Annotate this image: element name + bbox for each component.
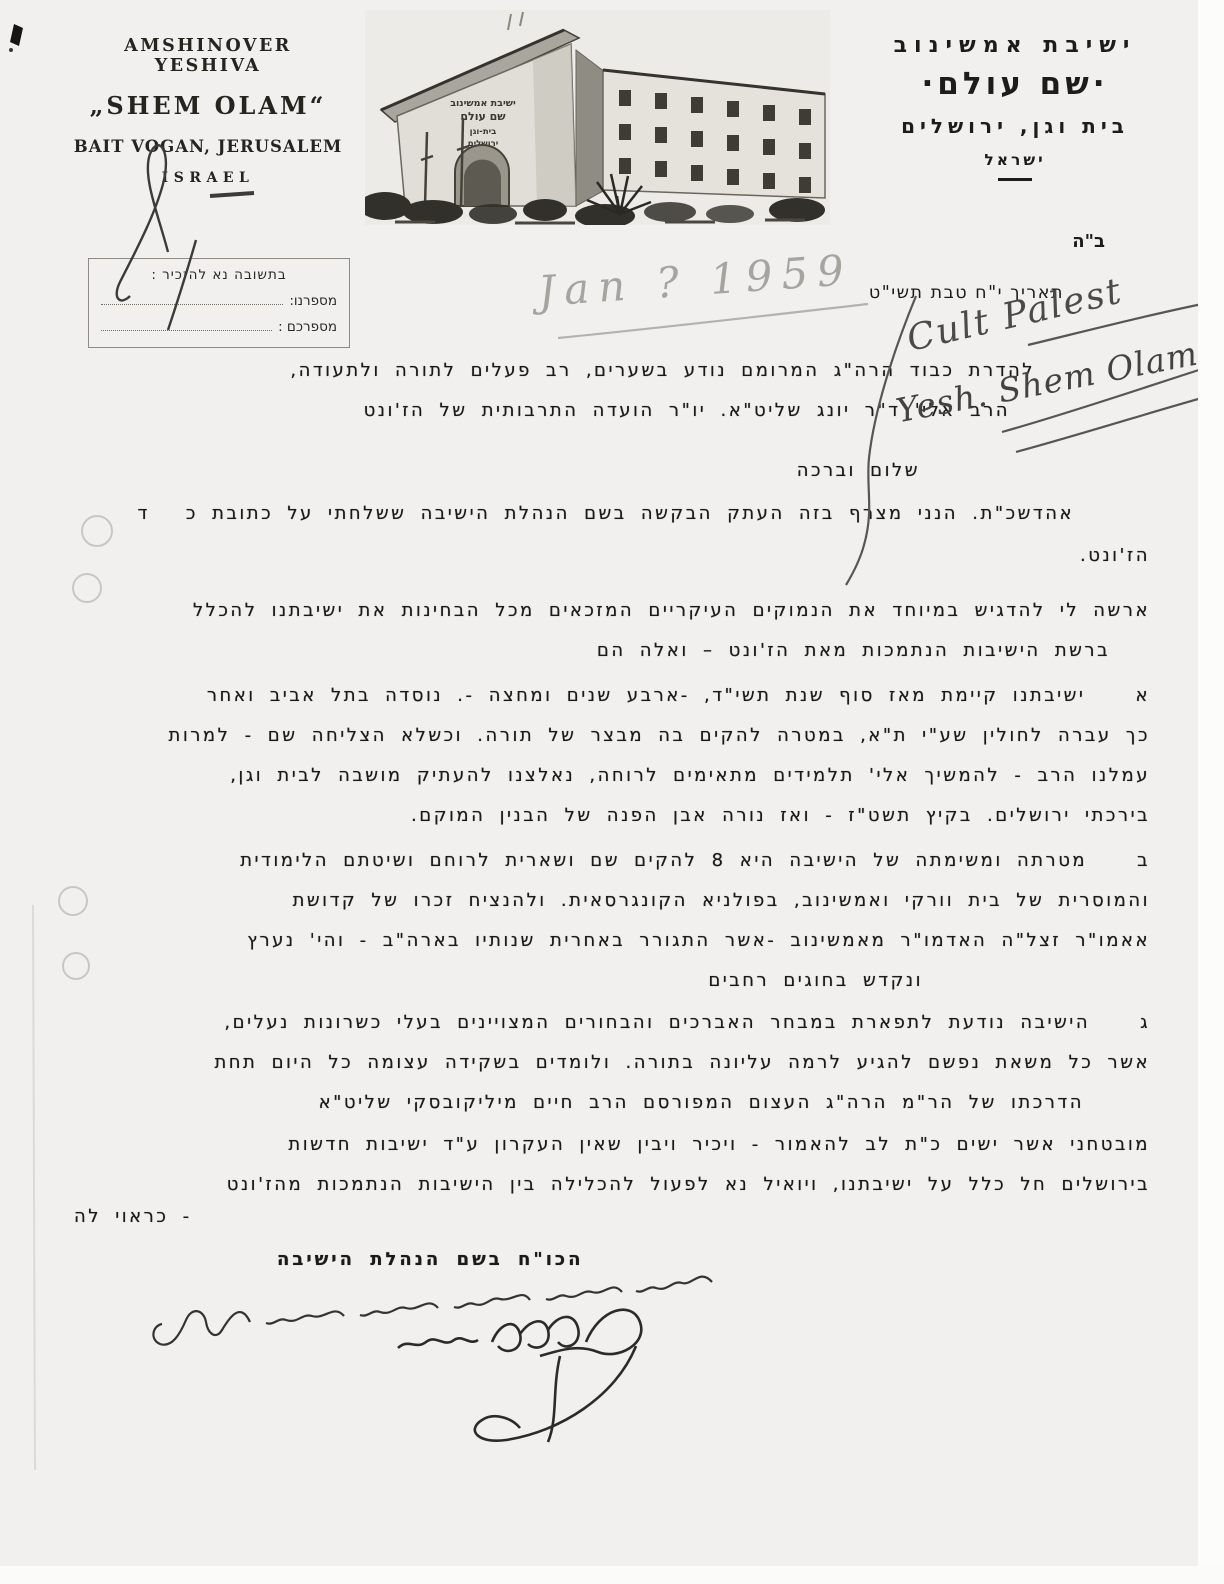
- section-c-line1-text: הישיבה נודעת לתפארת במבחר האברכים והבחור…: [224, 1012, 1090, 1033]
- section-c-letter: ג: [1140, 1012, 1150, 1033]
- section-c-line2: אשר כל משאת נפשם להגיע לרמה עליונה בתורה…: [214, 1052, 1150, 1073]
- paragraph1-line1-text: אהדשכ"ת. הנני מצרף בזה העתק הבקשה בשם הנ…: [186, 503, 1074, 524]
- section-b-line1-text: מטרתה ומשימתה של הישיבה היא 8 להקים שם ו…: [240, 850, 1087, 871]
- letterhead-hebrew: ישיבת אמשינוב ·שם עולם· בית וגן, ירושלים…: [845, 33, 1185, 181]
- closing-line1: מובטחני אשר ישים כ"ת לב להאמור - ויכיר ו…: [288, 1134, 1150, 1155]
- address-line-1: להדרת כבוד הרה"ג המרומם נודע בשערים, רב …: [290, 360, 1035, 381]
- letterhead-rule: [998, 178, 1032, 181]
- punch-holes: [59, 516, 112, 979]
- handwritten-note-script: [153, 1277, 712, 1345]
- scanned-letter-page: ישיבת אמשינוב שם עולם בית-וגן ירושלים: [0, 0, 1224, 1584]
- salutation: שלום וברכה: [797, 460, 920, 481]
- letterhead-english: AMSHINOVER YESHIVA „SHEM OLAM“ BAIT VOGA…: [68, 36, 348, 186]
- pencil-date-annotation: Jan ? 1959: [537, 245, 855, 316]
- paragraph2-line1: ארשה לי להדגיש במיוחד את הנמוקים העיקריי…: [193, 600, 1150, 621]
- org-country-hebrew: ישראל: [845, 151, 1185, 169]
- closing-line2: בירושלים חל כלל על ישיבתנו, ויואיל נא לפ…: [227, 1174, 1150, 1195]
- section-b-line1: במטרתה ומשימתה של הישיבה היא 8 להקים שם …: [240, 850, 1150, 871]
- section-c-line1: גהישיבה נודעת לתפארת במבחר האברכים והבחו…: [224, 1012, 1150, 1033]
- section-a-line4: בירכתי ירושלים. בקיץ תשט"ז - ואז נורה אב…: [411, 805, 1150, 826]
- our-number-label: מספרנו:: [289, 293, 337, 309]
- org-subname-english: „SHEM OLAM“: [68, 91, 348, 120]
- section-b-line4: ונקדש בחוגים רחבים: [708, 970, 923, 991]
- org-address-hebrew: בית וגן, ירושלים: [845, 114, 1185, 138]
- section-a-line3: עמלנו הרב - להמשיך אלי' תלמידים מתאימים …: [230, 765, 1150, 786]
- org-address-english: BAIT VOGAN, JERUSALEM: [68, 137, 348, 156]
- entrance-door: [464, 160, 501, 207]
- handwriting-overlay: [0, 0, 1224, 1584]
- reply-reference-box: בתשובה נא להזכיר : מספרנו: מספרכם :: [88, 258, 350, 348]
- signature-intro-line: הכו"ח בשם הנהלת הישיבה: [277, 1249, 583, 1270]
- paragraph2-line2: ברשת הישיבות הנתמכות מאת הז'ונט – ואלה ה…: [597, 640, 1110, 661]
- org-subname-hebrew: ·שם עולם·: [845, 66, 1185, 102]
- facade-caption-1: ישיבת אמשינוב: [450, 98, 516, 109]
- signature-script: [398, 1310, 641, 1442]
- paragraph1-line1: אהדשכ"ת. הנני מצרף בזה העתק הבקשה בשם הנ…: [138, 503, 1074, 524]
- section-b-line3: אאמו"ר זצל"ה האדמו"ר מאמשינוב -אשר התגור…: [247, 930, 1150, 951]
- section-a-line2: כך עברה לחולין שע"י ת"א, במטרה להקים בה …: [169, 725, 1151, 746]
- section-a-letter: א: [1135, 685, 1150, 706]
- our-number-row: מספרנו:: [101, 293, 337, 309]
- section-a-line1: אישיבתנו קיימת מאז סוף שנת תשי"ד, -ארבע …: [207, 685, 1150, 706]
- your-number-row: מספרכם :: [101, 319, 337, 335]
- paragraph1-line1-end: ד: [138, 503, 150, 524]
- closing-line3: - כראוי לה: [74, 1206, 192, 1227]
- org-name-english: AMSHINOVER YESHIVA: [68, 36, 348, 76]
- facade-caption-2: שם עולם: [460, 110, 506, 123]
- bh-mark: ב"ה: [1072, 231, 1105, 252]
- scan-margin-right: [1198, 0, 1224, 1584]
- paragraph1-line2: הז'ונט.: [1080, 545, 1150, 566]
- scan-margin-bottom: [0, 1566, 1224, 1584]
- your-number-blank: [101, 329, 272, 331]
- facade-caption-3: בית-וגן: [470, 127, 497, 137]
- scan-blot: [10, 24, 23, 46]
- reply-box-title: בתשובה נא להזכיר :: [101, 267, 337, 283]
- org-name-hebrew: ישיבת אמשינוב: [845, 33, 1185, 58]
- section-c-line3: הדרכתו של הר"מ הרה"ג העצום המפורסם הרב ח…: [319, 1092, 1084, 1113]
- org-country-english: ISRAEL: [68, 170, 348, 186]
- facade-shadow: [533, 44, 576, 206]
- scan-speck: [9, 48, 13, 52]
- building-illustration: ישיבת אמשינוב שם עולם בית-וגן ירושלים: [365, 10, 830, 225]
- building-joint: [576, 50, 605, 206]
- section-b-line2: והמוסרית של בית וורקי ואמשינוב, בפולניא …: [293, 890, 1150, 911]
- your-number-label: מספרכם :: [278, 319, 337, 335]
- section-b-letter: ב: [1137, 850, 1150, 871]
- our-number-blank: [101, 303, 283, 305]
- section-a-line1-text: ישיבתנו קיימת מאז סוף שנת תשי"ד, -ארבע ש…: [207, 685, 1086, 706]
- page-edge-line: [33, 905, 35, 1470]
